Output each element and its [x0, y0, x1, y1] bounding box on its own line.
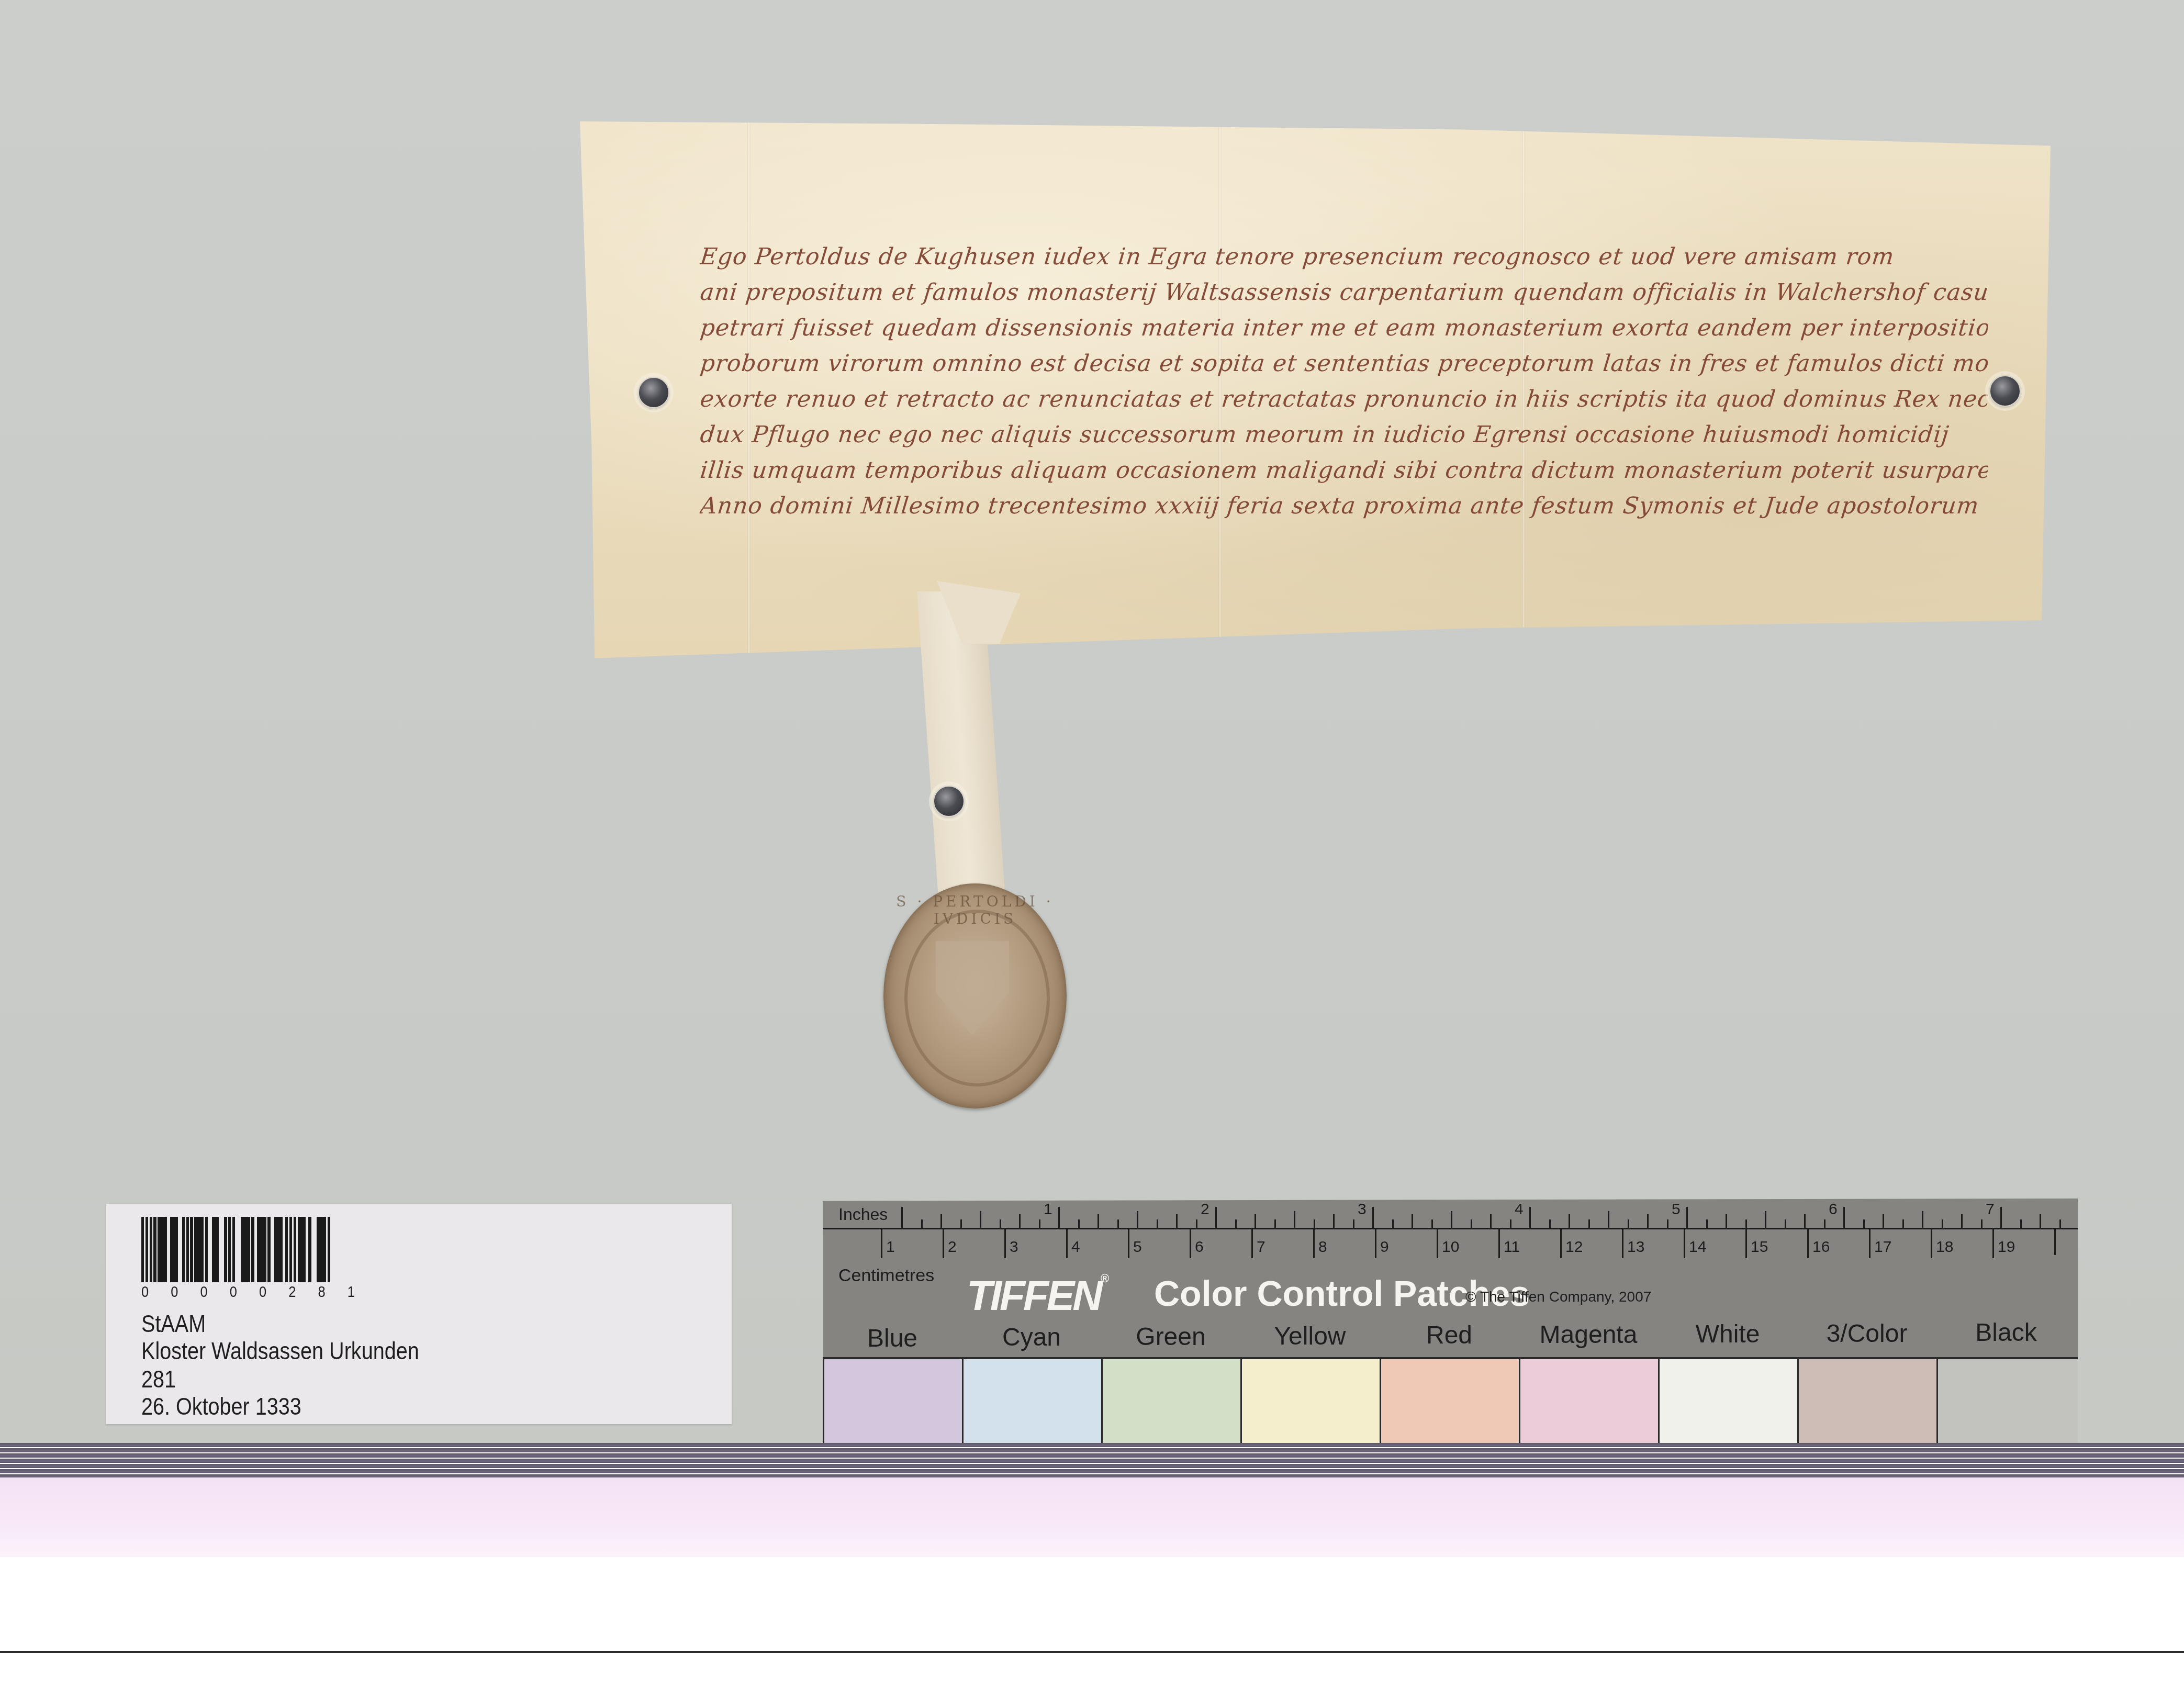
scanner-edge-line	[0, 1651, 2184, 1653]
barcode-gap	[311, 1217, 317, 1282]
archive-label: 0 0 0 0 0 2 8 1 StAAM Kloster Waldsassen…	[106, 1204, 732, 1424]
cm-tick	[1622, 1229, 1623, 1258]
patch-label-black: Black	[1936, 1318, 2076, 1347]
patch-3color	[1797, 1359, 1937, 1445]
cm-mark: 12	[1565, 1238, 1583, 1256]
inch-tick	[1804, 1214, 1806, 1229]
tiffen-logo: TIFFEN®	[967, 1272, 1107, 1320]
copyright-notice: © The Tiffen Company, 2007	[1465, 1289, 1651, 1305]
inch-tick	[1372, 1207, 1374, 1229]
right-screw-icon	[1989, 375, 2021, 407]
inch-tick	[1667, 1219, 1668, 1229]
manuscript-line: dux Pflugo nec ego nec aliquis successor…	[698, 417, 1989, 453]
inch-tick	[1942, 1219, 1943, 1229]
inch-tick	[2059, 1219, 2061, 1229]
barcode-bar	[298, 1217, 306, 1282]
inch-mark: 2	[1201, 1201, 1209, 1218]
cm-tick	[1992, 1229, 1994, 1258]
cm-mark: 2	[948, 1238, 957, 1256]
cm-tick	[1313, 1229, 1315, 1258]
patch-label-yellow: Yellow	[1240, 1322, 1380, 1351]
manuscript-line: exorte renuo et retracto ac renunciatas …	[698, 382, 1989, 417]
cm-tick	[1931, 1229, 1932, 1258]
cm-tick	[2054, 1229, 2056, 1255]
scanner-stripe-artifact	[0, 1443, 2184, 1477]
inch-tick	[1981, 1219, 1983, 1229]
barcode-digit: 2	[288, 1283, 296, 1301]
inch-tick	[1628, 1219, 1629, 1229]
patch-black	[1936, 1359, 2079, 1445]
inch-tick	[1471, 1219, 1472, 1229]
inch-tick	[1745, 1219, 1747, 1229]
patch-blue	[823, 1359, 962, 1445]
inch-tick	[1785, 1219, 1786, 1229]
tiffen-color-card: Inches 123456781234567891011121314151617…	[823, 1199, 2078, 1443]
inch-tick	[2040, 1214, 2041, 1229]
cm-tick	[881, 1229, 882, 1258]
barcode-gap	[208, 1217, 212, 1282]
barcode-bar	[212, 1217, 219, 1282]
barcode-bar	[317, 1217, 326, 1282]
inch-tick	[1529, 1207, 1531, 1229]
brand-name: TIFFEN	[967, 1272, 1101, 1319]
inch-tick	[1647, 1214, 1649, 1229]
barcode-icon	[141, 1217, 387, 1282]
scanner-white-area	[0, 1557, 2184, 1702]
inch-tick	[1353, 1219, 1354, 1229]
cm-tick	[1437, 1229, 1438, 1258]
inch-tick	[1510, 1219, 1511, 1229]
inch-tick	[1412, 1214, 1413, 1229]
barcode-gap	[178, 1217, 182, 1282]
inch-tick	[1039, 1219, 1040, 1229]
collection-name: Kloster Waldsassen Urkunden	[141, 1337, 419, 1365]
cm-mark: 18	[1936, 1238, 1953, 1256]
inch-tick	[1726, 1214, 1727, 1229]
patch-cyan	[962, 1359, 1102, 1445]
inch-tick	[1157, 1219, 1158, 1229]
cm-tick	[1251, 1229, 1253, 1258]
inch-tick	[960, 1219, 962, 1229]
document-date: 26. Oktober 1333	[141, 1392, 301, 1420]
cm-mark: 8	[1318, 1238, 1327, 1256]
patch-label-green: Green	[1101, 1323, 1240, 1351]
barcode-bar	[170, 1217, 178, 1282]
barcode-bar	[194, 1217, 204, 1282]
document-number: 281	[141, 1365, 176, 1393]
barcode-bar	[158, 1217, 167, 1282]
manuscript-line: Ego Pertoldus de Kughusen iudex in Egra …	[698, 239, 1989, 275]
patch-label-cyan: Cyan	[962, 1323, 1101, 1352]
inch-tick	[1843, 1207, 1845, 1229]
inch-tick	[1608, 1211, 1609, 1229]
wax-seal: S · PERTOLDI · IVDICIS	[883, 883, 1067, 1108]
barcode-digit: 0	[171, 1283, 178, 1301]
cm-mark: 17	[1874, 1238, 1891, 1256]
barcode-digit: 0	[141, 1283, 149, 1301]
cm-mark: 9	[1380, 1238, 1389, 1256]
cm-mark: 16	[1812, 1238, 1830, 1256]
inch-mark: 6	[1829, 1201, 1838, 1218]
cm-mark: 19	[1998, 1238, 2015, 1256]
inch-mark: 4	[1515, 1201, 1524, 1218]
inch-tick	[940, 1214, 942, 1229]
inch-tick	[1117, 1219, 1119, 1229]
patch-labels: Blue Cyan Green Yellow Red Magenta White…	[823, 1320, 2078, 1357]
inch-tick	[1392, 1219, 1394, 1229]
inch-tick	[1883, 1214, 1884, 1229]
manuscript-line: ani prepositum et famulos monasterij Wal…	[698, 275, 1989, 310]
inch-tick	[1588, 1219, 1590, 1229]
cm-mark: 3	[1010, 1238, 1018, 1256]
patch-green	[1101, 1359, 1241, 1445]
inch-tick	[1569, 1214, 1570, 1229]
inch-tick	[1235, 1219, 1237, 1229]
inch-mark: 5	[1672, 1201, 1681, 1218]
cm-mark: 13	[1627, 1238, 1644, 1256]
inch-mark: 1	[1044, 1201, 1052, 1218]
patch-red	[1380, 1359, 1519, 1445]
parchment-charter: Ego Pertoldus de Kughusen iudex in Egra …	[580, 121, 2051, 664]
barcode-digits: 0 0 0 0 0 2 8 1	[141, 1283, 355, 1301]
cm-tick	[1190, 1229, 1191, 1258]
inch-tick	[1000, 1219, 1001, 1229]
cm-mark: 6	[1195, 1238, 1204, 1256]
inch-tick	[1294, 1211, 1295, 1229]
inch-tick	[1922, 1211, 1923, 1229]
barcode-gap	[271, 1217, 275, 1282]
barcode-bar	[274, 1217, 283, 1282]
inch-tick	[1824, 1219, 1825, 1229]
barcode-digit: 0	[259, 1283, 266, 1301]
patch-white	[1658, 1359, 1798, 1445]
inch-tick	[1863, 1219, 1865, 1229]
inch-tick	[2020, 1219, 2022, 1229]
barcode-digit: 0	[230, 1283, 237, 1301]
cm-mark: 15	[1751, 1238, 1768, 1256]
manuscript-line: Anno domini Millesimo trecentesimo xxxii…	[698, 488, 1989, 524]
inch-tick	[980, 1211, 981, 1229]
ruler-line	[823, 1228, 2078, 1229]
left-screw-icon	[638, 377, 669, 408]
cm-tick	[1807, 1229, 1809, 1258]
strap-screw-icon	[933, 786, 965, 817]
inch-tick	[1137, 1211, 1138, 1229]
cm-tick	[1869, 1229, 1871, 1258]
inch-tick	[1255, 1214, 1256, 1229]
barcode-gap	[219, 1217, 224, 1282]
cm-tick	[1498, 1229, 1500, 1258]
cm-tick	[943, 1229, 944, 1258]
cm-mark: 5	[1133, 1238, 1142, 1256]
inch-tick	[1196, 1219, 1197, 1229]
inch-mark: 3	[1358, 1201, 1367, 1218]
scanner-pink-band	[0, 1477, 2184, 1557]
patch-label-red: Red	[1380, 1321, 1519, 1350]
cm-tick	[1375, 1229, 1376, 1258]
patch-label-magenta: Magenta	[1519, 1320, 1658, 1349]
manuscript-line: petrari fuisset quedam dissensionis mate…	[698, 310, 1989, 346]
inch-tick	[901, 1207, 903, 1229]
patch-yellow	[1240, 1359, 1380, 1445]
patch-label-white: White	[1658, 1320, 1797, 1349]
inch-tick	[1314, 1219, 1315, 1229]
barcode-bar	[328, 1217, 330, 1282]
cm-tick	[1745, 1229, 1747, 1258]
cm-mark: 7	[1257, 1238, 1265, 1256]
cm-tick	[1128, 1229, 1129, 1258]
inch-tick	[1902, 1219, 1904, 1229]
inch-tick	[1961, 1214, 1963, 1229]
inch-tick	[1097, 1214, 1099, 1229]
color-patches	[823, 1357, 2078, 1445]
inch-tick	[1549, 1219, 1551, 1229]
patch-label-blue: Blue	[823, 1324, 962, 1353]
cm-tick	[1004, 1229, 1006, 1258]
inch-tick	[1274, 1219, 1276, 1229]
inch-tick	[1431, 1219, 1433, 1229]
patch-magenta	[1519, 1359, 1659, 1445]
manuscript-line: proborum virorum omnino est decisa et so…	[698, 346, 1989, 382]
inch-tick	[1686, 1207, 1688, 1229]
archive-name: StAAM	[141, 1309, 206, 1338]
centimetres-label: Centimetres	[838, 1266, 934, 1286]
manuscript-line: illis umquam temporibus aliquam occasion…	[698, 453, 1989, 488]
inch-tick	[1765, 1211, 1766, 1229]
barcode-digit: 1	[348, 1283, 355, 1301]
inch-tick	[1176, 1214, 1178, 1229]
inch-tick	[1490, 1214, 1492, 1229]
barcode-bar	[241, 1217, 250, 1282]
cm-mark: 14	[1689, 1238, 1706, 1256]
patch-label-3color: 3/Color	[1797, 1319, 1936, 1348]
cm-mark: 4	[1071, 1238, 1080, 1256]
inch-tick	[1706, 1219, 1708, 1229]
inch-tick	[1215, 1207, 1217, 1229]
manuscript-text: Ego Pertoldus de Kughusen iudex in Egra …	[700, 239, 1988, 524]
inch-tick	[1078, 1219, 1080, 1229]
barcode-bar	[257, 1217, 266, 1282]
inch-tick	[1451, 1211, 1452, 1229]
barcode-gap	[235, 1217, 240, 1282]
barcode-digit: 0	[200, 1283, 208, 1301]
cm-mark: 1	[886, 1238, 895, 1256]
inches-label: Inches	[838, 1205, 888, 1224]
inch-tick	[1333, 1214, 1335, 1229]
inch-tick	[1058, 1207, 1060, 1229]
cm-mark: 10	[1442, 1238, 1459, 1256]
cm-mark: 11	[1504, 1238, 1520, 1256]
inch-mark: 7	[1986, 1201, 1995, 1218]
registered-mark: ®	[1101, 1272, 1107, 1285]
inch-tick	[2000, 1207, 2002, 1229]
inch-tick	[1019, 1214, 1021, 1229]
inch-tick	[921, 1219, 923, 1229]
cm-tick	[1684, 1229, 1685, 1258]
barcode-digit: 8	[318, 1283, 326, 1301]
cm-tick	[1066, 1229, 1068, 1258]
cm-tick	[1560, 1229, 1562, 1258]
